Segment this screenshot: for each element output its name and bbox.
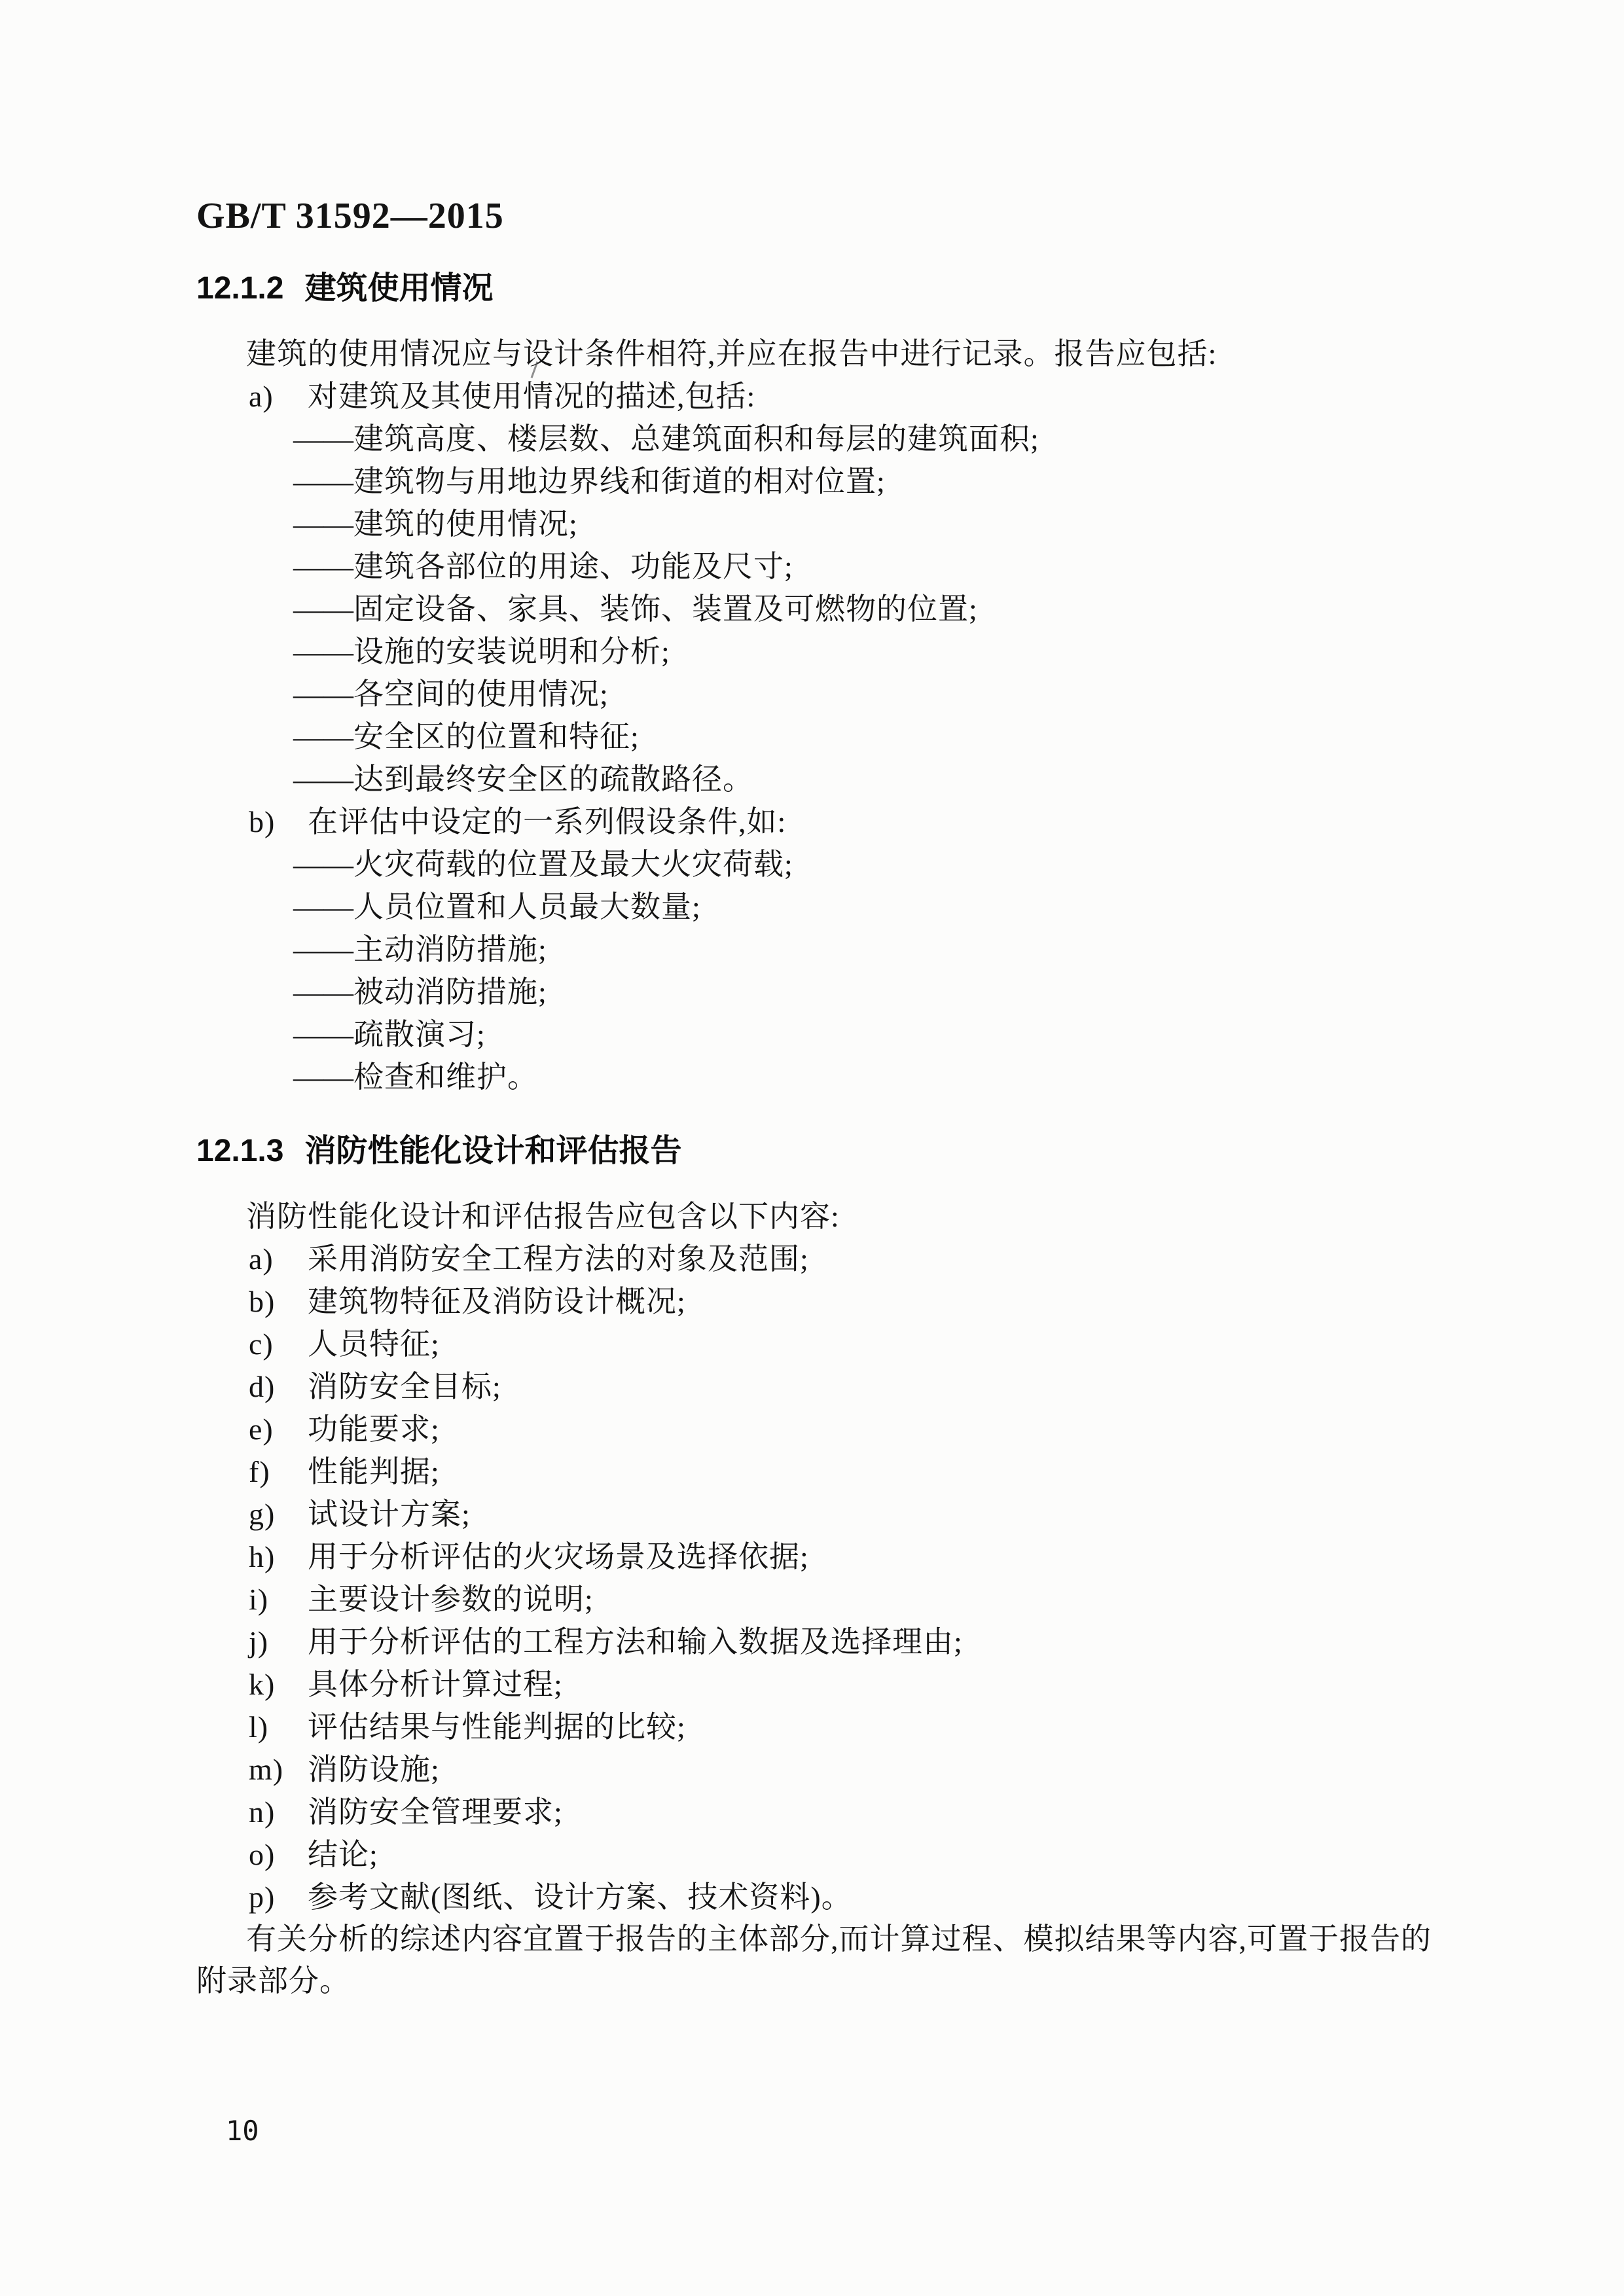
- dash-list: ——火灾荷载的位置及最大火灾荷载; ——人员位置和人员最大数量; ——主动消防措…: [196, 843, 1434, 1098]
- item-text: 消防设施;: [308, 1753, 440, 1786]
- item-label: a): [249, 375, 308, 418]
- dash-item-text: 建筑各部位的用途、功能及尺寸;: [353, 550, 793, 583]
- document-content: 12.1.2 建筑使用情况 建筑的使用情况应与设计条件相符,并应在报告中进行记录…: [196, 272, 1434, 2002]
- item-label: j): [249, 1621, 308, 1663]
- section-number: 12.1.3: [196, 1134, 283, 1168]
- dash-item-text: 主动消防措施;: [353, 933, 547, 966]
- item-label: l): [249, 1706, 308, 1748]
- list-item: o)结论;: [196, 1833, 1434, 1876]
- dash-list: ——建筑高度、楼层数、总建筑面积和每层的建筑面积; ——建筑物与用地边界线和街道…: [196, 418, 1434, 800]
- list-item-head: a)采用消防安全工程方法的对象及范围;: [196, 1238, 1434, 1280]
- item-label: g): [249, 1493, 308, 1535]
- dash-item: ——建筑各部位的用途、功能及尺寸;: [196, 545, 1434, 588]
- list-item: j)用于分析评估的工程方法和输入数据及选择理由;: [196, 1621, 1434, 1663]
- list-item: b)建筑物特征及消防设计概况;: [196, 1280, 1434, 1323]
- item-text: 试设计方案;: [308, 1498, 471, 1531]
- dash-item-text: 疏散演习;: [353, 1018, 486, 1051]
- dash-prefix: ——: [293, 677, 353, 711]
- document-page: GB/T 31592—2015 12.1.2 建筑使用情况 建筑的使用情况应与设…: [0, 0, 1624, 2296]
- dash-item: ——固定设备、家具、装饰、装置及可燃物的位置;: [196, 588, 1434, 630]
- item-text: 在评估中设定的一系列假设条件,如:: [308, 805, 786, 838]
- dash-item: ——疏散演习;: [196, 1013, 1434, 1056]
- list-item: a)采用消防安全工程方法的对象及范围;: [196, 1238, 1434, 1280]
- list-item-head: i)主要设计参数的说明;: [196, 1578, 1434, 1621]
- dash-item: ——建筑物与用地边界线和街道的相对位置;: [196, 460, 1434, 503]
- list-item: g)试设计方案;: [196, 1493, 1434, 1535]
- item-text: 主要设计参数的说明;: [308, 1583, 594, 1616]
- lettered-list: a)对建筑及其使用情况的描述,包括: ——建筑高度、楼层数、总建筑面积和每层的建…: [196, 375, 1434, 1098]
- item-text: 采用消防安全工程方法的对象及范围;: [308, 1242, 809, 1276]
- list-item: k)具体分析计算过程;: [196, 1663, 1434, 1706]
- section-intro: 建筑的使用情况应与设计条件相符,并应在报告中进行记录。报告应包括:: [196, 333, 1434, 375]
- document-section: 12.1.2 建筑使用情况 建筑的使用情况应与设计条件相符,并应在报告中进行记录…: [196, 272, 1434, 1098]
- item-label: f): [249, 1450, 308, 1493]
- dash-prefix: ——: [293, 422, 353, 456]
- dash-item-text: 固定设备、家具、装饰、装置及可燃物的位置;: [353, 592, 978, 626]
- item-text: 性能判据;: [308, 1455, 440, 1488]
- item-label: o): [249, 1833, 308, 1876]
- list-item-head: m)消防设施;: [196, 1748, 1434, 1791]
- section-heading: 12.1.3 消防性能化设计和评估报告: [196, 1134, 1434, 1168]
- dash-item-text: 建筑高度、楼层数、总建筑面积和每层的建筑面积;: [353, 422, 1039, 456]
- list-item-head: p)参考文献(图纸、设计方案、技术资料)。: [196, 1876, 1434, 1918]
- list-item: l)评估结果与性能判据的比较;: [196, 1706, 1434, 1748]
- dash-item: ——火灾荷载的位置及最大火灾荷载;: [196, 843, 1434, 886]
- item-text: 人员特征;: [308, 1327, 440, 1361]
- dash-item: ——被动消防措施;: [196, 971, 1434, 1013]
- item-text: 评估结果与性能判据的比较;: [308, 1710, 686, 1744]
- dash-prefix: ——: [293, 720, 353, 753]
- dash-item: ——安全区的位置和特征;: [196, 715, 1434, 758]
- list-item-head: b)在评估中设定的一系列假设条件,如:: [196, 800, 1434, 843]
- item-label: b): [249, 1280, 308, 1323]
- item-text: 用于分析评估的火灾场景及选择依据;: [308, 1540, 809, 1573]
- item-label: a): [249, 1238, 308, 1280]
- dash-item: ——达到最终安全区的疏散路径。: [196, 758, 1434, 800]
- list-item-head: g)试设计方案;: [196, 1493, 1434, 1535]
- item-label: d): [249, 1365, 308, 1408]
- dash-prefix: ——: [293, 592, 353, 626]
- list-item: m)消防设施;: [196, 1748, 1434, 1791]
- item-label: n): [249, 1791, 308, 1833]
- dash-item-text: 建筑的使用情况;: [353, 507, 578, 541]
- dash-prefix: ——: [293, 762, 353, 796]
- list-item-head: j)用于分析评估的工程方法和输入数据及选择理由;: [196, 1621, 1434, 1663]
- dash-item: ——建筑高度、楼层数、总建筑面积和每层的建筑面积;: [196, 418, 1434, 460]
- dash-item: ——各空间的使用情况;: [196, 673, 1434, 715]
- dash-prefix: ——: [293, 465, 353, 498]
- list-item: d)消防安全目标;: [196, 1365, 1434, 1408]
- dash-item-text: 各空间的使用情况;: [353, 677, 609, 711]
- list-item-head: o)结论;: [196, 1833, 1434, 1876]
- list-item-head: k)具体分析计算过程;: [196, 1663, 1434, 1706]
- dash-prefix: ——: [293, 933, 353, 966]
- list-item: f)性能判据;: [196, 1450, 1434, 1493]
- dash-item: ——建筑的使用情况;: [196, 503, 1434, 545]
- standard-number: GB/T 31592—2015: [196, 196, 1434, 236]
- list-item: i)主要设计参数的说明;: [196, 1578, 1434, 1621]
- dash-item-text: 被动消防措施;: [353, 975, 547, 1009]
- dash-item: ——主动消防措施;: [196, 928, 1434, 971]
- item-label: c): [249, 1323, 308, 1365]
- section-title: 建筑使用情况: [304, 272, 493, 306]
- dash-item-text: 人员位置和人员最大数量;: [353, 890, 701, 924]
- dash-item-text: 建筑物与用地边界线和街道的相对位置;: [353, 465, 886, 498]
- item-label: i): [249, 1578, 308, 1621]
- dash-prefix: ——: [293, 635, 353, 668]
- lettered-list: a)采用消防安全工程方法的对象及范围; b)建筑物特征及消防设计概况; c)人员…: [196, 1238, 1434, 1918]
- list-item-head: a)对建筑及其使用情况的描述,包括:: [196, 375, 1434, 418]
- list-item: a)对建筑及其使用情况的描述,包括: ——建筑高度、楼层数、总建筑面积和每层的建…: [196, 375, 1434, 800]
- item-text: 建筑物特征及消防设计概况;: [308, 1285, 686, 1318]
- dash-item: ——检查和维护。: [196, 1056, 1434, 1098]
- item-text: 具体分析计算过程;: [308, 1668, 563, 1701]
- item-text: 功能要求;: [308, 1412, 440, 1446]
- item-label: b): [249, 800, 308, 843]
- item-label: p): [249, 1876, 308, 1918]
- list-item: h)用于分析评估的火灾场景及选择依据;: [196, 1535, 1434, 1578]
- list-item-head: n)消防安全管理要求;: [196, 1791, 1434, 1833]
- dash-item-text: 检查和维护。: [353, 1060, 538, 1094]
- list-item: b)在评估中设定的一系列假设条件,如: ——火灾荷载的位置及最大火灾荷载; ——…: [196, 800, 1434, 1098]
- dash-prefix: ——: [293, 550, 353, 583]
- dash-item-text: 安全区的位置和特征;: [353, 720, 640, 753]
- page-number: 10: [226, 2117, 259, 2145]
- list-item-head: h)用于分析评估的火灾场景及选择依据;: [196, 1535, 1434, 1578]
- list-item-head: c)人员特征;: [196, 1323, 1434, 1365]
- closing-paragraph: 有关分析的综述内容宜置于报告的主体部分,而计算过程、模拟结果等内容,可置于报告的…: [196, 1918, 1434, 2002]
- list-item: c)人员特征;: [196, 1323, 1434, 1365]
- item-label: e): [249, 1408, 308, 1450]
- dash-item-text: 火灾荷载的位置及最大火灾荷载;: [353, 848, 793, 881]
- item-text: 用于分析评估的工程方法和输入数据及选择理由;: [308, 1625, 963, 1659]
- dash-prefix: ——: [293, 1060, 353, 1094]
- section-number: 12.1.2: [196, 272, 283, 306]
- section-title: 消防性能化设计和评估报告: [304, 1134, 681, 1168]
- list-item-head: l)评估结果与性能判据的比较;: [196, 1706, 1434, 1748]
- list-item-head: f)性能判据;: [196, 1450, 1434, 1493]
- document-section: 12.1.3 消防性能化设计和评估报告 消防性能化设计和评估报告应包含以下内容:…: [196, 1134, 1434, 2002]
- list-item: n)消防安全管理要求;: [196, 1791, 1434, 1833]
- list-item: e)功能要求;: [196, 1408, 1434, 1450]
- item-label: k): [249, 1663, 308, 1706]
- dash-prefix: ——: [293, 975, 353, 1009]
- item-text: 消防安全目标;: [308, 1370, 501, 1403]
- item-text: 对建筑及其使用情况的描述,包括:: [308, 380, 755, 413]
- dash-item: ——人员位置和人员最大数量;: [196, 886, 1434, 928]
- dash-prefix: ——: [293, 848, 353, 881]
- item-label: h): [249, 1535, 308, 1578]
- dash-item: ——设施的安装说明和分析;: [196, 630, 1434, 673]
- list-item: p)参考文献(图纸、设计方案、技术资料)。: [196, 1876, 1434, 1918]
- item-text: 结论;: [308, 1838, 378, 1871]
- dash-prefix: ——: [293, 507, 353, 541]
- section-intro: 消防性能化设计和评估报告应包含以下内容:: [196, 1196, 1434, 1238]
- item-text: 消防安全管理要求;: [308, 1795, 563, 1829]
- section-heading: 12.1.2 建筑使用情况: [196, 272, 1434, 306]
- list-item-head: b)建筑物特征及消防设计概况;: [196, 1280, 1434, 1323]
- item-text: 参考文献(图纸、设计方案、技术资料)。: [308, 1880, 852, 1914]
- list-item-head: d)消防安全目标;: [196, 1365, 1434, 1408]
- list-item-head: e)功能要求;: [196, 1408, 1434, 1450]
- dash-item-text: 设施的安装说明和分析;: [353, 635, 670, 668]
- item-label: m): [249, 1748, 308, 1791]
- dash-prefix: ——: [293, 1018, 353, 1051]
- dash-item-text: 达到最终安全区的疏散路径。: [353, 762, 753, 796]
- dash-prefix: ——: [293, 890, 353, 924]
